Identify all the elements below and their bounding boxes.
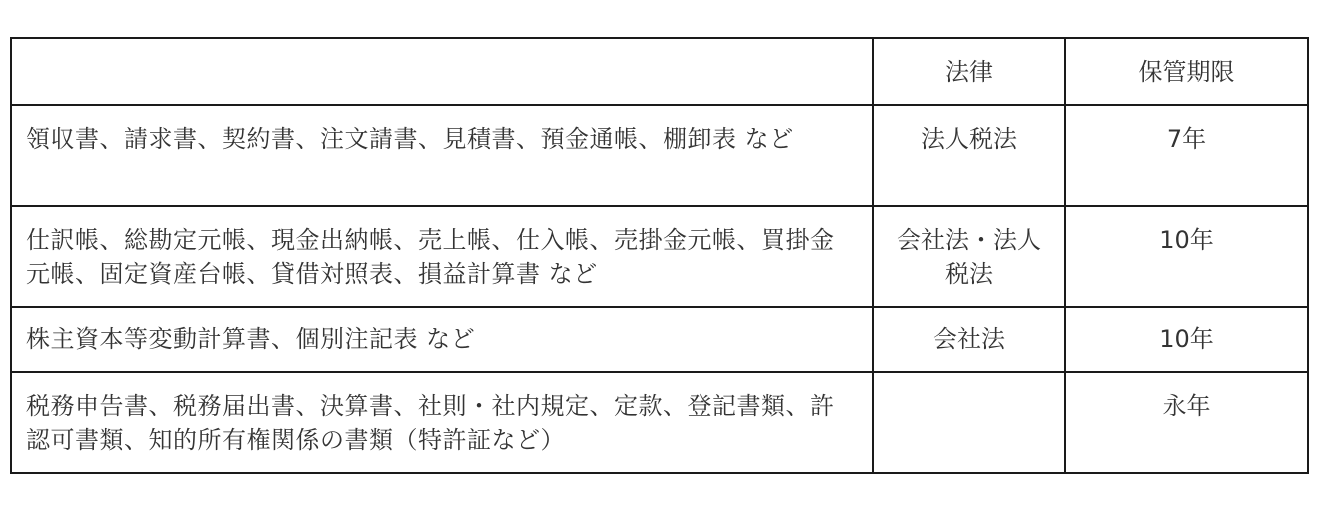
documents-cell: 領収書、請求書、契約書、注文請書、見積書、預金通帳、棚卸表 など (11, 105, 873, 206)
table-row: 領収書、請求書、契約書、注文請書、見積書、預金通帳、棚卸表 など 法人税法 7年 (11, 105, 1308, 206)
table-row: 税務申告書、税務届出書、決算書、社則・社内規定、定款、登記書類、許認可書類、知的… (11, 372, 1308, 473)
documents-cell: 税務申告書、税務届出書、決算書、社則・社内規定、定款、登記書類、許認可書類、知的… (11, 372, 873, 473)
table-row: 株主資本等変動計算書、個別注記表 など 会社法 10年 (11, 307, 1308, 372)
documents-cell: 株主資本等変動計算書、個別注記表 など (11, 307, 873, 372)
header-law: 法律 (873, 38, 1065, 105)
period-cell: 7年 (1065, 105, 1308, 206)
header-row: 法律 保管期限 (11, 38, 1308, 105)
period-cell: 10年 (1065, 307, 1308, 372)
law-cell (873, 372, 1065, 473)
period-cell: 10年 (1065, 206, 1308, 307)
header-period: 保管期限 (1065, 38, 1308, 105)
law-cell: 会社法 (873, 307, 1065, 372)
document-retention-table: 法律 保管期限 領収書、請求書、契約書、注文請書、見積書、預金通帳、棚卸表 など… (10, 37, 1309, 474)
law-cell: 法人税法 (873, 105, 1065, 206)
table-row: 仕訳帳、総勘定元帳、現金出納帳、売上帳、仕入帳、売掛金元帳、買掛金元帳、固定資産… (11, 206, 1308, 307)
header-documents (11, 38, 873, 105)
period-cell: 永年 (1065, 372, 1308, 473)
law-cell: 会社法・法人税法 (873, 206, 1065, 307)
documents-cell: 仕訳帳、総勘定元帳、現金出納帳、売上帳、仕入帳、売掛金元帳、買掛金元帳、固定資産… (11, 206, 873, 307)
